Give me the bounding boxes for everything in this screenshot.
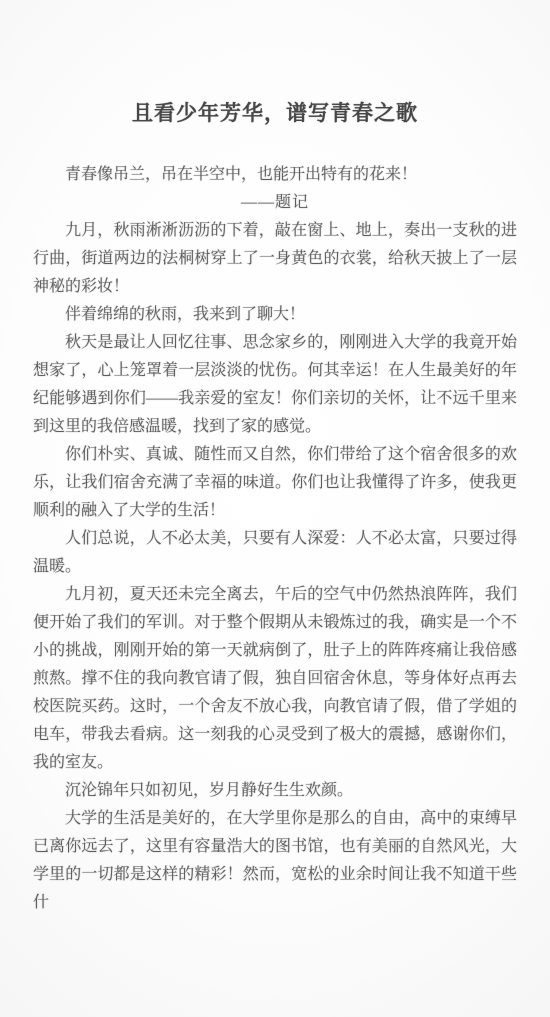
essay-title: 且看少年芳华，谱写青春之歌 — [0, 0, 550, 128]
essay-paragraph: 秋天是最让人回忆往事、思念家乡的，刚刚进入大学的我竟开始想家了，心上笼罩着一层淡… — [33, 329, 517, 441]
essay-epigraph-attribution: ——题记 — [33, 189, 517, 217]
essay-paragraph: 大学的生活是美好的，在大学里你是那么的自由，高中的束缚早已离你远去了，这里有容量… — [33, 805, 517, 917]
essay-epigraph: 青春像吊兰，吊在半空中，也能开出特有的花来！ — [33, 161, 517, 189]
essay-paragraph: 九月初，夏天还未完全离去，午后的空气中仍然热浪阵阵，我们便开始了我们的军训。对于… — [33, 581, 517, 777]
essay-body: 青春像吊兰，吊在半空中，也能开出特有的花来！ ——题记 九月，秋雨淅淅沥沥的下着… — [0, 161, 550, 917]
essay-paragraph: 沉沦锦年只如初见，岁月静好生生欢颜。 — [33, 777, 517, 805]
essay-paragraph: 人们总说，人不必太美，只要有人深爱：人不必太富，只要过得温暖。 — [33, 525, 517, 581]
essay-paragraph: 你们朴实、真诚、随性而又自然，你们带给了这个宿舍很多的欢乐，让我们宿舍充满了幸福… — [33, 441, 517, 525]
handwritten-essay-page: 且看少年芳华，谱写青春之歌 青春像吊兰，吊在半空中，也能开出特有的花来！ ——题… — [0, 0, 550, 1017]
essay-paragraph: 九月，秋雨淅淅沥沥的下着，敲在窗上、地上，奏出一支秋的进行曲，街道两边的法桐树穿… — [33, 217, 517, 301]
essay-paragraph: 伴着绵绵的秋雨，我来到了聊大！ — [33, 301, 517, 329]
